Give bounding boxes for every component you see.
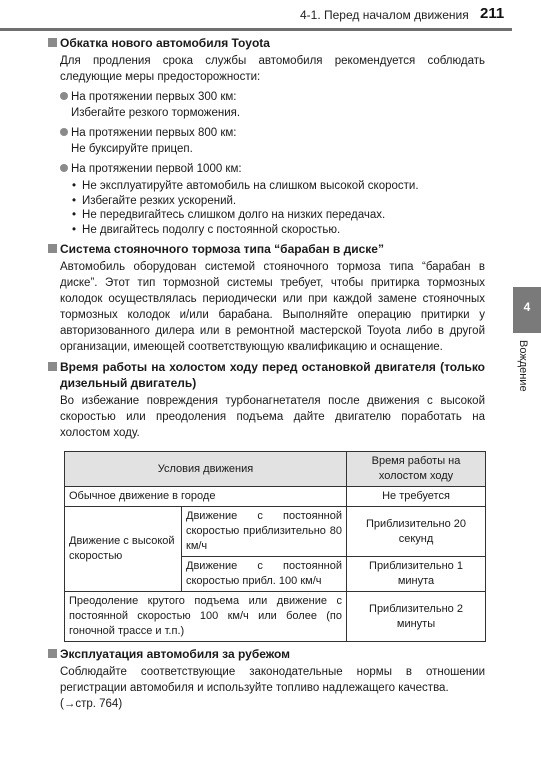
sub-bullet-item: Не двигайтесь подолгу с постоянной скоро… bbox=[72, 223, 485, 238]
square-bullet-icon bbox=[48, 38, 57, 47]
page-content: Обкатка нового автомобиля Toyota Для про… bbox=[48, 35, 485, 712]
header-section-title: 4-1. Перед началом движения bbox=[300, 8, 469, 22]
section-heading-parking-brake: Система стояночного тормоза типа “бараба… bbox=[48, 241, 485, 257]
section-body: Во избежание повреждения турбонагнетател… bbox=[60, 393, 485, 441]
circle-bullet-icon bbox=[60, 128, 68, 136]
sub-bullet-item: Не эксплуатируйте автомобиль на слишком … bbox=[72, 179, 485, 194]
table-row: Преодоление крутого подъема или движение… bbox=[65, 592, 486, 642]
section-heading-idle-time: Время работы на холостом ходу перед оста… bbox=[48, 359, 485, 391]
circle-bullet-icon bbox=[60, 92, 68, 100]
table-header-conditions: Условия движения bbox=[65, 452, 347, 487]
section-body: Соблюдайте соответствующие законодательн… bbox=[60, 664, 485, 696]
section-heading-break-in: Обкатка нового автомобиля Toyota bbox=[48, 35, 485, 51]
square-bullet-icon bbox=[48, 649, 57, 658]
table-row: Движение с высокой скоростью Движение с … bbox=[65, 507, 486, 557]
table-row: Обычное движение в городе Не требуется bbox=[65, 487, 486, 507]
list-item: На протяжении первой 1000 км: bbox=[60, 161, 485, 177]
chapter-tab[interactable]: 4 bbox=[513, 287, 541, 333]
square-bullet-icon bbox=[48, 362, 57, 371]
page-reference-link[interactable]: (→стр. 764) bbox=[60, 696, 485, 712]
sub-bullet-item: Не передвигайтесь слишком долго на низки… bbox=[72, 208, 485, 223]
section-body: Автомобиль оборудован системой стояночно… bbox=[60, 259, 485, 355]
list-item: На протяжении первых 800 км: Не буксируй… bbox=[60, 125, 485, 157]
square-bullet-icon bbox=[48, 244, 57, 253]
header-divider bbox=[0, 28, 512, 31]
sub-bullet-list: Не эксплуатируйте автомобиль на слишком … bbox=[72, 179, 485, 237]
chapter-tab-label: Вождение bbox=[517, 340, 529, 392]
section-intro: Для продления срока службы автомобиля ре… bbox=[60, 53, 485, 85]
page-number: 211 bbox=[480, 5, 504, 22]
table-header-idle-time: Время работы на холостом ходу bbox=[347, 452, 486, 487]
sub-bullet-item: Избегайте резких ускорений. bbox=[72, 194, 485, 209]
section-heading-abroad: Эксплуатация автомобиля за рубежом bbox=[48, 646, 485, 662]
circle-bullet-icon bbox=[60, 164, 68, 172]
list-item: На протяжении первых 300 км: Избегайте р… bbox=[60, 89, 485, 121]
idle-time-table: Условия движения Время работы на холосто… bbox=[64, 451, 486, 642]
